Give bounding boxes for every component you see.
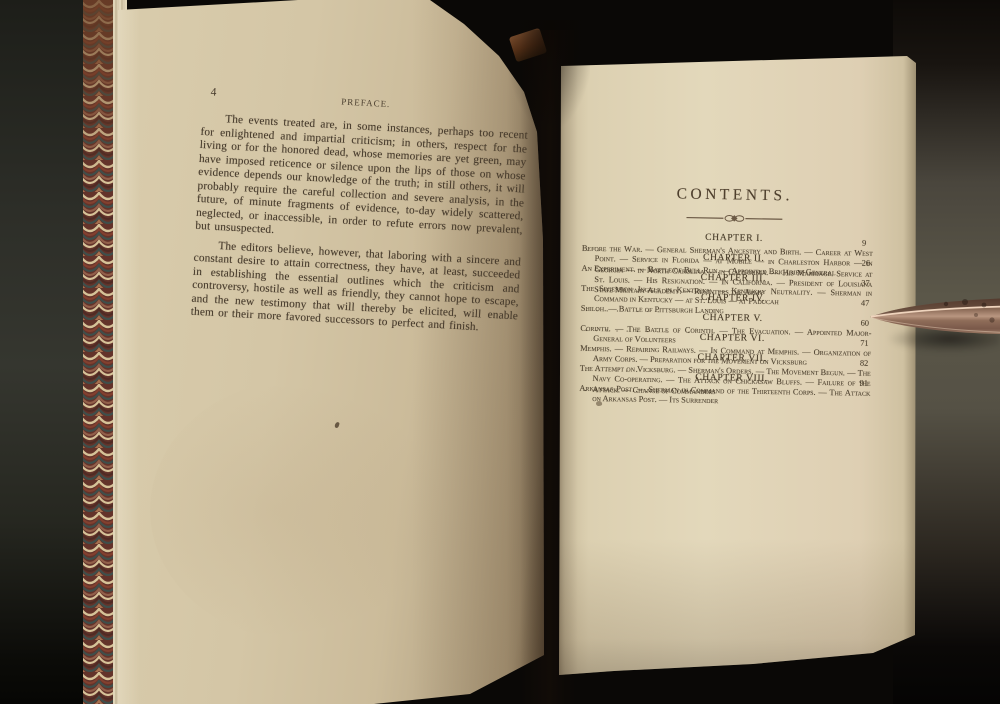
chapter-heading: CHAPTER I. (595, 230, 873, 246)
preface-paragraph-1: The events treated are, in some instance… (195, 112, 528, 251)
marble-tint (83, 0, 116, 180)
ornamental-rule-icon (595, 209, 873, 226)
letter-opener-icon (868, 293, 1000, 343)
contents-text-block: CONTENTS. CHAPTER I.Before the War. — Ge… (593, 184, 874, 389)
chapter-list: CHAPTER I.Before the War. — General Sher… (593, 230, 874, 386)
chapter-section: CHAPTER V.Corinth. — The Battle of Corin… (594, 310, 872, 326)
backdrop-left (0, 0, 90, 704)
page-stain (150, 380, 450, 640)
chapter-heading: CHAPTER V. (594, 310, 872, 326)
contents-title: CONTENTS. (596, 184, 874, 207)
marbled-fore-edge (83, 0, 116, 704)
book-photo-scene: 4 PREFACE. The events treated are, in so… (0, 0, 1000, 704)
chapter-section: CHAPTER I.Before the War. — General Sher… (595, 230, 873, 246)
preface-text-block: 4 PREFACE. The events treated are, in so… (190, 86, 529, 337)
leader-dots: . . . . . . . (597, 384, 647, 395)
